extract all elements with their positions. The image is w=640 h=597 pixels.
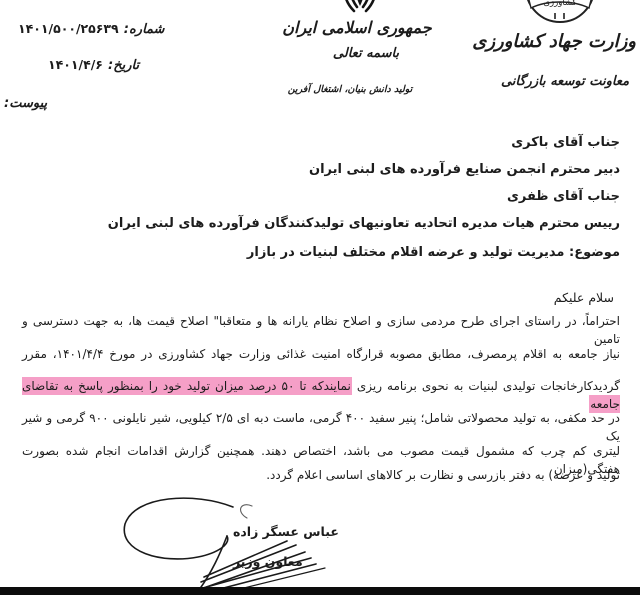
recipient-title-1: دبیر محترم انجمن صنایع فرآورده های لبنی … bbox=[309, 162, 620, 177]
subject-line: موضوع: مدیریت تولید و عرضه اقلام مختلف ل… bbox=[247, 245, 620, 260]
letter-date-row: تاریخ: ۱۴۰۱/۴/۶ bbox=[48, 54, 139, 73]
deputy-name: معاونت توسعه بازرگانی bbox=[487, 74, 640, 89]
body-line-1: احتراماً، در راستای اجرای طرح مردمی سازی… bbox=[22, 312, 620, 348]
body-line-2: نیاز جامعه به اقلام پرمصرف، مطابق مصوبه … bbox=[22, 345, 620, 363]
body-line-4: در حد مکفی، به تولید محصولاتی شامل؛ پنیر… bbox=[22, 409, 620, 445]
body-line-3: گردیدکارخانجات تولیدی لبنیات به نحوی برن… bbox=[22, 377, 620, 413]
letter-page: شماره: ۱۴۰۱/۵۰۰/۲۵۶۳۹ تاریخ: ۱۴۰۱/۴/۶ پی… bbox=[0, 0, 640, 597]
republic-title: جمهوری اسلامی ایران bbox=[257, 18, 457, 37]
ministry-name: وزارت جهاد کشاورزی bbox=[478, 31, 636, 52]
letter-date-value: ۱۴۰۱/۴/۶ bbox=[48, 57, 103, 72]
letter-number-label: شماره: bbox=[124, 22, 165, 37]
recipient-name-1: جناب آقای باکری bbox=[511, 135, 620, 150]
signer-title: معاون وزیر bbox=[233, 554, 303, 569]
letter-attachment-row: پیوست: bbox=[4, 92, 47, 111]
letter-attachment-label: پیوست: bbox=[4, 96, 47, 111]
scan-bottom-edge bbox=[0, 587, 640, 595]
letter-date-label: تاریخ: bbox=[108, 58, 139, 73]
year-slogan: تولید دانش بنیان، اشتغال آفرین bbox=[270, 84, 430, 95]
ministry-logo-text: کشاورزی bbox=[543, 0, 577, 8]
letter-number-row: شماره: ۱۴۰۱/۵۰۰/۲۵۶۳۹ bbox=[18, 18, 164, 37]
letter-number-value: ۱۴۰۱/۵۰۰/۲۵۶۳۹ bbox=[18, 21, 119, 36]
signature-scribble bbox=[100, 492, 340, 597]
signer-name: عباس عسگر زاده bbox=[233, 524, 339, 539]
body-line-6: تولید و عرضه) به دفتر بازرسی و نظارت بر … bbox=[22, 466, 620, 484]
recipient-title-2: رییس محترم هیات مدیره اتحادیه تعاونیهای … bbox=[108, 216, 620, 231]
salutation: سلام علیکم bbox=[554, 290, 614, 305]
body-line-3-normal: گردیدکارخانجات تولیدی لبنیات به نحوی برن… bbox=[352, 379, 620, 393]
in-the-name-of-god: باسمه تعالی bbox=[266, 46, 466, 61]
recipient-name-2: جناب آقای ظفری bbox=[507, 189, 620, 204]
ministry-logo-icon: کشاورزی bbox=[522, 0, 598, 26]
